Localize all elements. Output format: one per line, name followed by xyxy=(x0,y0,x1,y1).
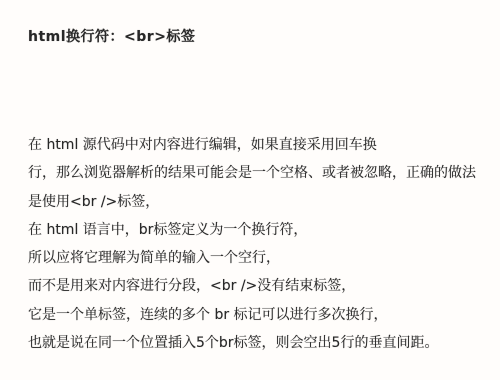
body-line-1: 在 html 源代码中对内容进行编辑，如果直接采用回车换 xyxy=(28,131,493,159)
document-page: html换行符：<br>标签 在 html 源代码中对内容进行编辑，如果直接采用… xyxy=(0,0,500,380)
page-title: html换行符：<br>标签 xyxy=(28,26,195,46)
article-body: 在 html 源代码中对内容进行编辑，如果直接采用回车换 行，那么浏览器解析的结… xyxy=(28,131,493,357)
body-line-6: 而不是用来对内容进行分段，<br />没有结束标签， xyxy=(28,272,493,300)
body-line-4: 在 html 语言中，br标签定义为一个换行符， xyxy=(28,216,493,244)
body-line-7: 它是一个单标签，连续的多个 br 标记可以进行多次换行， xyxy=(28,301,493,329)
body-line-2: 行，那么浏览器解析的结果可能会是一个空格、或者被忽略，正确的做法 xyxy=(28,159,493,187)
body-line-3: 是使用<br />标签， xyxy=(28,188,493,216)
body-line-8: 也就是说在同一个位置插入5个br标签，则会空出5行的垂直间距。 xyxy=(28,329,493,357)
body-line-5: 所以应将它理解为简单的输入一个空行， xyxy=(28,244,493,272)
